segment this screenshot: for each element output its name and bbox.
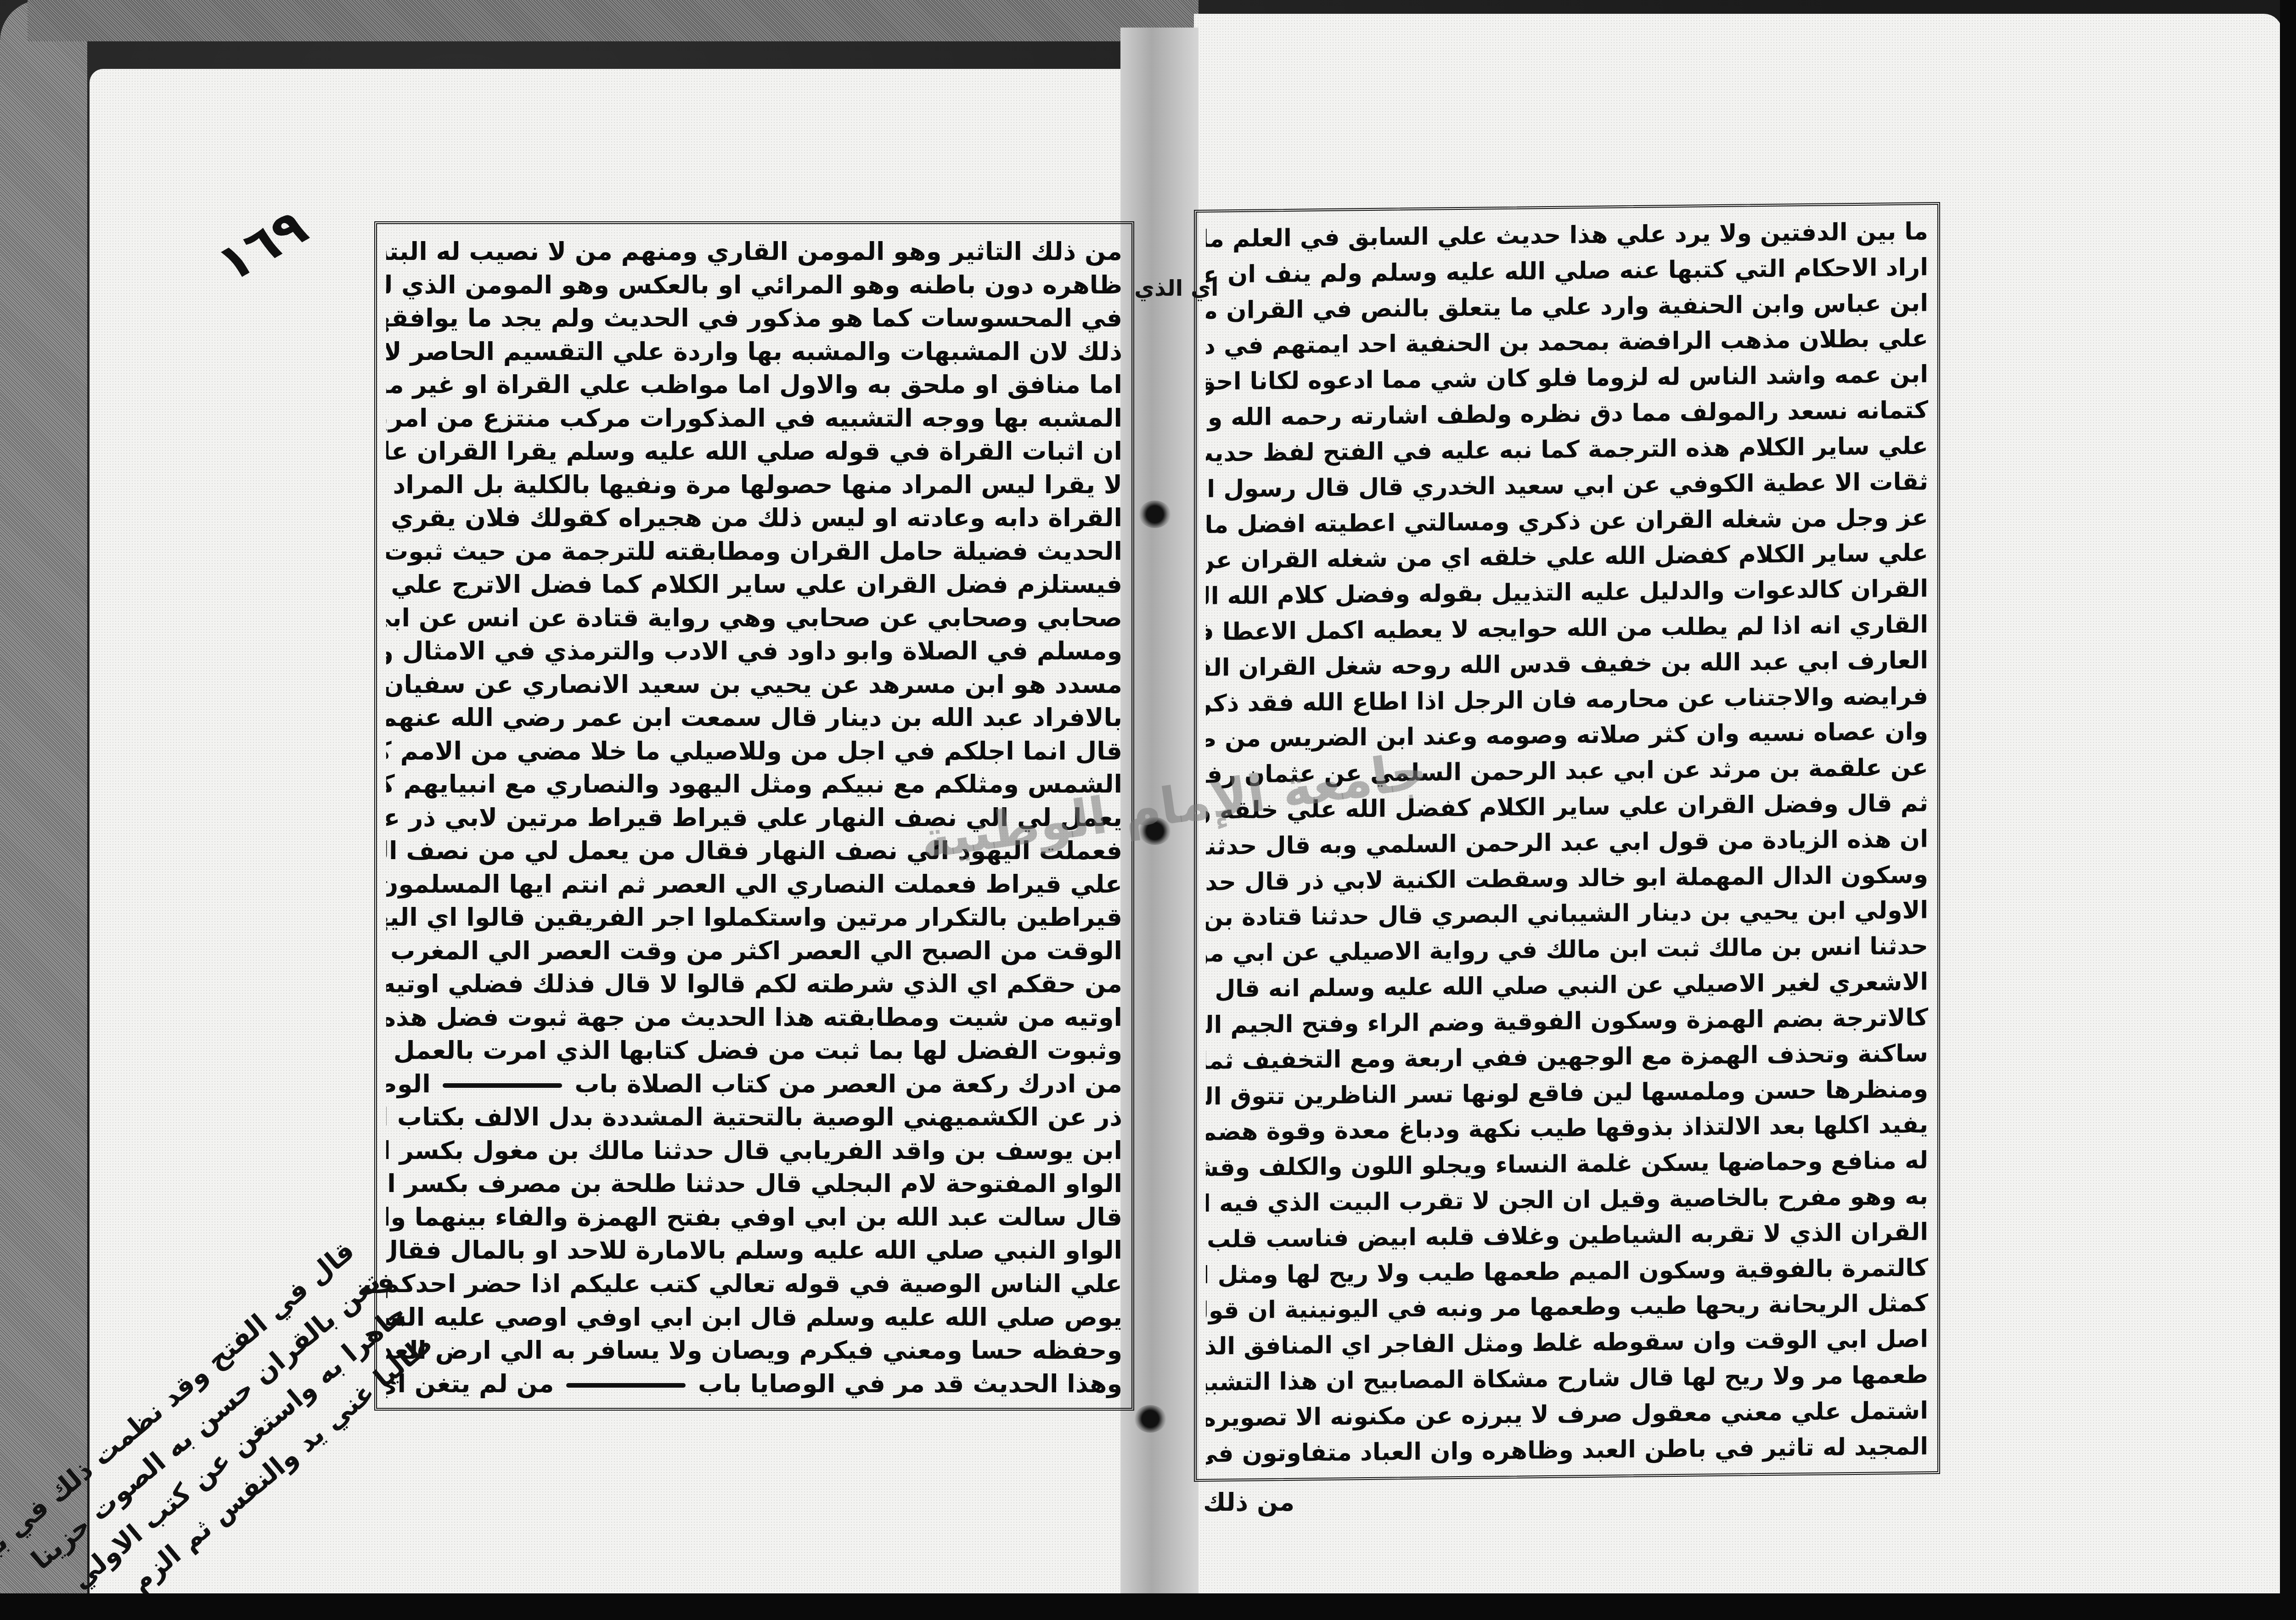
gutter-stain-icon — [1134, 1405, 1166, 1433]
text-line: وان عصاه نسيه وان كثر صلاته وصومه وعند ا… — [1206, 715, 1928, 756]
text-line: المجيد له تاثير في باطن العبد وظاهره وان… — [1206, 1430, 1928, 1470]
text-line: بالافراد عبد الله بن دينار قال سمعت ابن … — [386, 700, 1122, 734]
book-cover-top-edge — [28, 0, 1199, 41]
gutter-marginal-note: اي الذي — [1134, 276, 1218, 301]
text-segment: من ادرك ركعة من العصر من كتاب الصلاة باب — [566, 1069, 1122, 1098]
text-line: مسدد هو ابن مسرهد عن يحيي بن سعيد الانصا… — [386, 667, 1122, 701]
text-line: قال انما اجلكم في اجل من وللاصيلي ما خلا… — [386, 734, 1122, 767]
text-line: العارف ابي عبد الله بن خفيف قدس الله روح… — [1206, 644, 1928, 684]
right-dark-edge — [2280, 0, 2296, 1620]
text-line: من ادرك ركعة من العصر من كتاب الصلاة باب… — [386, 1067, 1122, 1100]
text-line: علي ساير الكلام كفضل الله علي خلقه اي من… — [1206, 537, 1928, 577]
text-line: ذر عن الكشميهني الوصية بالتحتية المشددة … — [386, 1100, 1122, 1133]
text-line: وسكون الدال المهملة ابو خالد وسقطت الكني… — [1206, 858, 1928, 899]
text-line: القران كالدعوات والدليل عليه التذييل بقو… — [1206, 572, 1928, 613]
text-line: الاولي ابن يحيي بن دينار الشيباني البصري… — [1206, 894, 1928, 934]
text-line: من حقكم اي الذي شرطته لكم قالوا لا قال ف… — [386, 967, 1122, 1000]
text-line: الحديث فضيلة حامل القران ومطابقته للترجم… — [386, 534, 1122, 568]
text-line: كالاترجة بضم الهمزة وسكون الفوقية وضم ال… — [1206, 1001, 1928, 1041]
text-line: فيستلزم فضل القران علي ساير الكلام كما ف… — [386, 567, 1122, 601]
text-line: الشمس ومثلكم مع نبيكم ومثل اليهود والنصا… — [386, 767, 1122, 800]
text-line: كتمانه نسعد رالمولف مما دق نظره ولطف اشا… — [1206, 394, 1928, 434]
text-segment: وهذا الحديث قد مر في الوصايا باب — [689, 1369, 1122, 1398]
text-line: ومنظرها حسن وملمسها لين فاقع لونها تسر ا… — [1206, 1073, 1928, 1113]
text-line: به وهو مفرح بالخاصية وقيل ان الجن لا تقر… — [1206, 1180, 1928, 1220]
text-line: لا يقرا ليس المراد منها حصولها مرة ونفيه… — [386, 467, 1122, 501]
text-line: قال سالت عبد الله بن ابي اوفي بفتح الهمز… — [386, 1200, 1122, 1233]
text-line: له منافع وحماضها يسكن غلمة النساء ويجلو … — [1206, 1144, 1928, 1184]
text-line: الواو المفتوحة لام البجلي قال حدثنا طلحة… — [386, 1166, 1122, 1200]
text-line: اما منافق او ملحق به والاول اما مواظب عل… — [386, 367, 1122, 401]
text-line: ابن عباس وابن الحنفية وارد علي ما يتعلق … — [1206, 287, 1928, 327]
text-line: علي بطلان مذهب الرافضة بمحمد بن الحنفية … — [1206, 322, 1928, 363]
text-line: ان اثبات القراة في قوله صلي الله عليه وس… — [386, 434, 1122, 467]
text-line: القاري انه اذا لم يطلب من الله حوايجه لا… — [1206, 608, 1928, 648]
text-line: كمثل الريحانة ريحها طيب وطعمها مر ونبه ف… — [1206, 1287, 1928, 1327]
text-line: وثبوت الفضل لها بما ثبت من فضل كتابها ال… — [386, 1033, 1122, 1067]
rubric-bar-icon — [443, 1083, 562, 1088]
text-line: وهذا الحديث قد مر في الوصايا باب من لم ي… — [386, 1367, 1122, 1400]
text-line: اراد الاحكام التي كتبها عنه صلي الله علي… — [1206, 251, 1928, 291]
text-line: كالتمرة بالفوقية وسكون الميم طعمها طيب و… — [1206, 1251, 1928, 1292]
text-line: ابن يوسف بن واقد الفريابي قال حدثنا مالك… — [386, 1133, 1122, 1167]
text-line: من ذلك التاثير وهو المومن القاري ومنهم م… — [386, 234, 1122, 268]
text-line: الوقت من الصبح الي العصر اكثر من وقت الع… — [386, 934, 1122, 967]
text-line: في المحسوسات كما هو مذكور في الحديث ولم … — [386, 301, 1122, 334]
text-line: اشتمل علي معني معقول صرف لا يبرزه عن مكن… — [1206, 1394, 1928, 1434]
text-line: صحابي وصحابي عن صحابي وهي رواية قتادة عن… — [386, 601, 1122, 634]
text-line: ما بين الدفتين ولا يرد علي هذا حديث علي … — [1206, 215, 1928, 255]
text-line: يوص صلي الله عليه وسلم قال ابن ابي اوفي … — [386, 1300, 1122, 1333]
text-line: ظاهره دون باطنه وهو المرائي او بالعكس وه… — [386, 268, 1122, 301]
text-line: اوتيه من شيت ومطابقته هذا الحديث من جهة … — [386, 1000, 1122, 1034]
text-line: يفيد اكلها بعد الالتذاذ بذوقها طيب نكهة … — [1206, 1108, 1928, 1149]
gutter-stain-icon — [1139, 501, 1171, 528]
text-line: ومسلم في الصلاة وابو داود في الادب والتر… — [386, 634, 1122, 667]
text-line: الواو النبي صلي الله عليه وسلم بالامارة … — [386, 1233, 1122, 1266]
text-line: عز وجل من شغله القران عن ذكري ومسالتي اع… — [1206, 501, 1928, 541]
text-line: المشبه بها ووجه التشبيه في المذكورات مرك… — [386, 401, 1122, 434]
text-line: القران الذي لا تقربه الشياطين وغلاف قلبه… — [1206, 1215, 1928, 1256]
text-line: ثقات الا عطية الكوفي عن ابي سعيد الخدري … — [1206, 465, 1928, 506]
right-page-text-block: ما بين الدفتين ولا يرد علي هذا حديث علي … — [1194, 202, 1940, 1482]
text-segment: كتمانه نسعد رالمولف مما دق نظره ولطف اشا… — [1206, 396, 1928, 433]
text-line: ابن عمه واشد الناس له لزوما فلو كان شي م… — [1206, 358, 1928, 399]
text-line: علي ساير الكلام هذه الترجمة كما نبه عليه… — [1206, 429, 1928, 470]
book-cover-left-edge — [0, 0, 87, 1620]
text-line: ان هذه الزيادة من قول ابي عبد الرحمن الس… — [1206, 822, 1928, 863]
text-line: طعمها مر ولا ريح لها قال شارح مشكاة المص… — [1206, 1358, 1928, 1399]
text-line: ذلك لان المشبهات والمشبه بها واردة علي ا… — [386, 334, 1122, 368]
text-line: ساكنة وتحذف الهمزة مع الوجهين ففي اربعة … — [1206, 1037, 1928, 1077]
rubric-bar-icon — [566, 1383, 686, 1388]
text-line: اصل ابي الوقت وان سقوطه غلط ومثل الفاجر … — [1206, 1322, 1928, 1363]
text-line: علي قيراط فعملت النصاري الي العصر ثم انت… — [386, 867, 1122, 900]
text-line: القراة دابه وعادته او ليس ذلك من هجيراه … — [386, 501, 1122, 534]
text-line: قيراطين بالتكرار مرتين واستكملوا اجر الف… — [386, 900, 1122, 934]
text-line: علي الناس الوصية في قوله تعالي كتب عليكم… — [386, 1266, 1122, 1300]
text-segment: الوصاة بالف بعد الصاد ولابي — [386, 1069, 439, 1098]
text-line: الاشعري لغير الاصيلي عن النبي صلي الله ع… — [1206, 965, 1928, 1006]
catchword: من ذلك — [1203, 1488, 1294, 1517]
text-line: فرايضه والاجتناب عن محارمه فان الرجل اذا… — [1206, 680, 1928, 720]
text-line: حدثنا انس بن مالك ثبت ابن مالك في رواية … — [1206, 930, 1928, 970]
text-line: وحفظه حسا ومعني فيكرم ويصان ولا يسافر به… — [386, 1333, 1122, 1367]
bottom-dark-edge — [0, 1593, 2296, 1620]
